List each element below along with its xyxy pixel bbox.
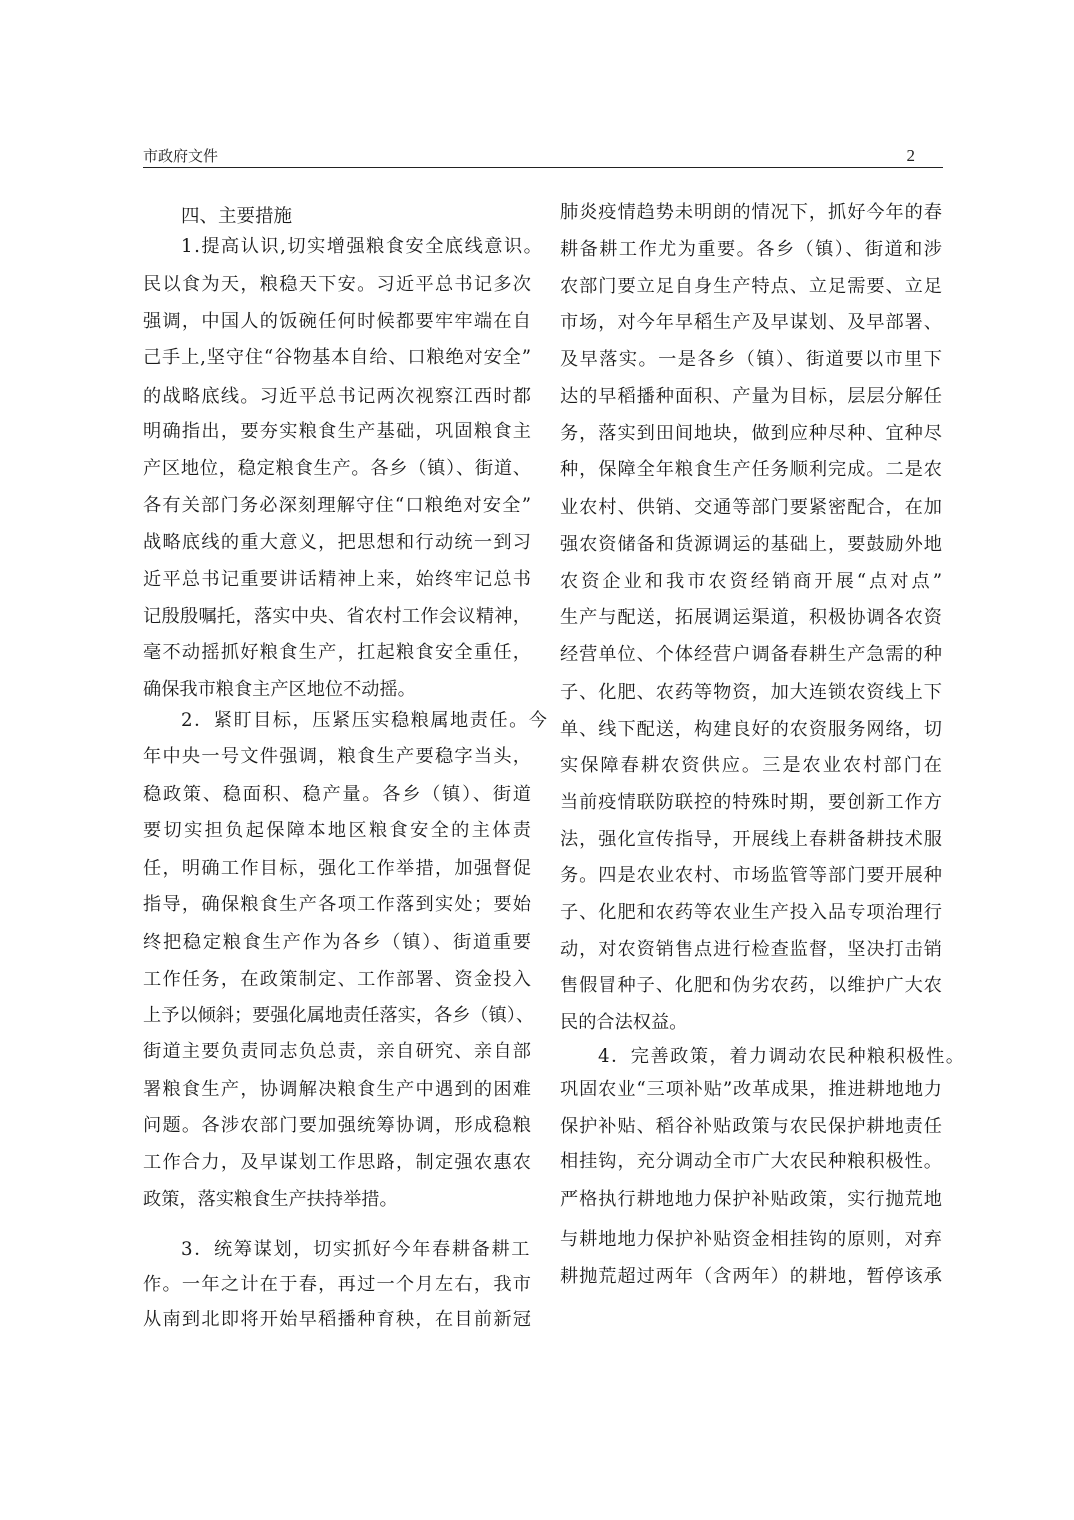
body-text-line: 各有关部门务必深刻理解守住“口粮绝对安全” — [143, 495, 531, 517]
body-text-line: 产区地位，稳定粮食生产。各乡（镇）、街道、 — [143, 458, 531, 480]
body-text-line: 年中央一号文件强调，粮食生产要稳字当头， — [143, 746, 531, 768]
body-text-line: 保护补贴、稻谷补贴政策与农民保护耕地责任 — [560, 1116, 942, 1138]
body-text-line: 工作任务，在政策制定、工作部署、资金投入 — [143, 969, 531, 991]
body-text-line: 及早落实。一是各乡（镇）、街道要以市里下 — [560, 349, 942, 371]
numbered-item-title: 4．完善政策，着力调动农民种粮积极性。 — [560, 1046, 942, 1068]
body-text-line: 生产与配送，拓展调运渠道，积极协调各农资 — [560, 607, 942, 629]
body-text-line: 上予以倾斜；要强化属地责任落实，各乡（镇）、 — [143, 1005, 531, 1027]
body-text-line: 市场，对今年早稻生产及早谋划、及早部署、 — [560, 312, 942, 334]
body-text-line: 售假冒种子、化肥和伪劣农药，以维护广大农 — [560, 975, 942, 997]
body-text-line: 任，明确工作目标，强化工作举措，加强督促 — [143, 858, 531, 880]
body-text-line: 署粮食生产，协调解决粮食生产中遇到的困难 — [143, 1079, 531, 1101]
body-text-line: 民的合法权益。 — [560, 1012, 942, 1034]
body-text-line: 与耕地地力保护补贴资金相挂钩的原则，对弃 — [560, 1229, 942, 1251]
body-text-line: 动，对农资销售点进行检查监督，坚决打击销 — [560, 939, 942, 961]
body-text-line: 实保障春耕农资供应。三是农业农村部门在 — [560, 755, 942, 777]
body-text-line: 种，保障全年粮食生产任务顺利完成。二是农 — [560, 459, 942, 481]
body-text-line: 肺炎疫情趋势未明朗的情况下，抓好今年的春 — [560, 202, 942, 224]
body-text-line: 当前疫情联防联控的特殊时期，要创新工作方 — [560, 792, 942, 814]
numbered-item-title: 2．紧盯目标，压紧压实稳粮属地责任。今 — [143, 710, 531, 732]
running-header: 市政府文件 2 — [143, 146, 943, 168]
body-text-line: 工作合力，及早谋划工作思路，制定强农惠农 — [143, 1152, 531, 1174]
body-text-line: 农资企业和我市农资经销商开展“点对点” — [560, 571, 942, 593]
body-text-line: 务，落实到田间地块，做到应种尽种、宜种尽 — [560, 423, 942, 445]
body-text-line: 明确指出，要夯实粮食生产基础，巩固粮食主 — [143, 421, 531, 443]
body-text-line: 要切实担负起保障本地区粮食安全的主体责 — [143, 820, 531, 842]
body-text-line: 业农村、供销、交通等部门要紧密配合，在加 — [560, 497, 942, 519]
body-text-line: 子、化肥和农药等农业生产投入品专项治理行 — [560, 902, 942, 924]
body-text-line: 子、化肥、农药等物资，加大连锁农资线上下 — [560, 682, 942, 704]
document-label: 市政府文件 — [143, 145, 218, 166]
body-text-line: 政策，落实粮食生产扶持举措。 — [143, 1189, 531, 1211]
body-text-line: 经营单位、个体经营户调备春耕生产急需的种 — [560, 644, 942, 666]
body-text-line: 稳政策、稳面积、稳产量。各乡（镇）、街道 — [143, 784, 531, 806]
body-text-line: 民以食为天，粮稳天下安。习近平总书记多次 — [143, 274, 531, 296]
body-text-line: 强农资储备和货源调运的基础上，要鼓励外地 — [560, 534, 942, 556]
body-text-line: 战略底线的重大意义，把思想和行动统一到习 — [143, 532, 531, 554]
body-text-line: 问题。各涉农部门要加强统筹协调，形成稳粮 — [143, 1115, 531, 1137]
body-text-line: 强调，中国人的饭碗任何时候都要牢牢端在自 — [143, 311, 531, 333]
body-text-line: 农部门要立足自身生产特点、立足需要、立足 — [560, 276, 942, 298]
document-page: 市政府文件 2 四、主要措施 1.提高认识,切实增强粮食安全底线意识。民以食为天… — [0, 0, 1074, 1520]
body-text-line: 达的早稻播种面积、产量为目标，层层分解任 — [560, 386, 942, 408]
body-text-line: 巩固农业“三项补贴”改革成果，推进耕地地力 — [560, 1079, 942, 1101]
body-text-line: 法，强化宣传指导，开展线上春耕备耕技术服 — [560, 829, 942, 851]
body-text-line: 耕抛荒超过两年（含两年）的耕地，暂停该承 — [560, 1266, 942, 1288]
numbered-item-title: 1.提高认识,切实增强粮食安全底线意识。 — [143, 236, 531, 258]
body-text-line: 严格执行耕地地力保护补贴政策，实行抛荒地 — [560, 1189, 942, 1211]
body-text-line: 指导，确保粮食生产各项工作落到实处；要始 — [143, 894, 531, 916]
numbered-item-title: 3．统筹谋划，切实抓好今年春耕备耕工 — [143, 1239, 531, 1261]
body-text-line: 己手上,坚守住“谷物基本自给、口粮绝对安全” — [143, 347, 531, 369]
body-text-line: 务。四是农业农村、市场监管等部门要开展种 — [560, 865, 942, 887]
body-text-line: 确保我市粮食主产区地位不动摇。 — [143, 679, 531, 701]
body-text-line: 记殷殷嘱托，落实中央、省农村工作会议精神， — [143, 606, 531, 628]
body-text-line: 相挂钩，充分调动全市广大农民种粮积极性。 — [560, 1151, 942, 1173]
body-text-line: 单、线下配送，构建良好的农资服务网络，切 — [560, 719, 942, 741]
section-heading: 四、主要措施 — [181, 202, 292, 228]
body-text-line: 从南到北即将开始早稻播种育秧，在目前新冠 — [143, 1309, 531, 1331]
body-text-line: 毫不动摇抓好粮食生产，扛起粮食安全重任， — [143, 642, 531, 664]
body-text-line: 终把稳定粮食生产作为各乡（镇）、街道重要 — [143, 932, 531, 954]
page-number: 2 — [907, 146, 916, 166]
body-text-line: 耕备耕工作尤为重要。各乡（镇）、街道和涉 — [560, 239, 942, 261]
body-text-line: 街道主要负责同志负总责，亲自研究、亲自部 — [143, 1041, 531, 1063]
body-text-line: 近平总书记重要讲话精神上来，始终牢记总书 — [143, 569, 531, 591]
body-text-line: 的战略底线。习近平总书记两次视察江西时都 — [143, 386, 531, 408]
body-text-line: 作。一年之计在于春，再过一个月左右，我市 — [143, 1274, 531, 1296]
